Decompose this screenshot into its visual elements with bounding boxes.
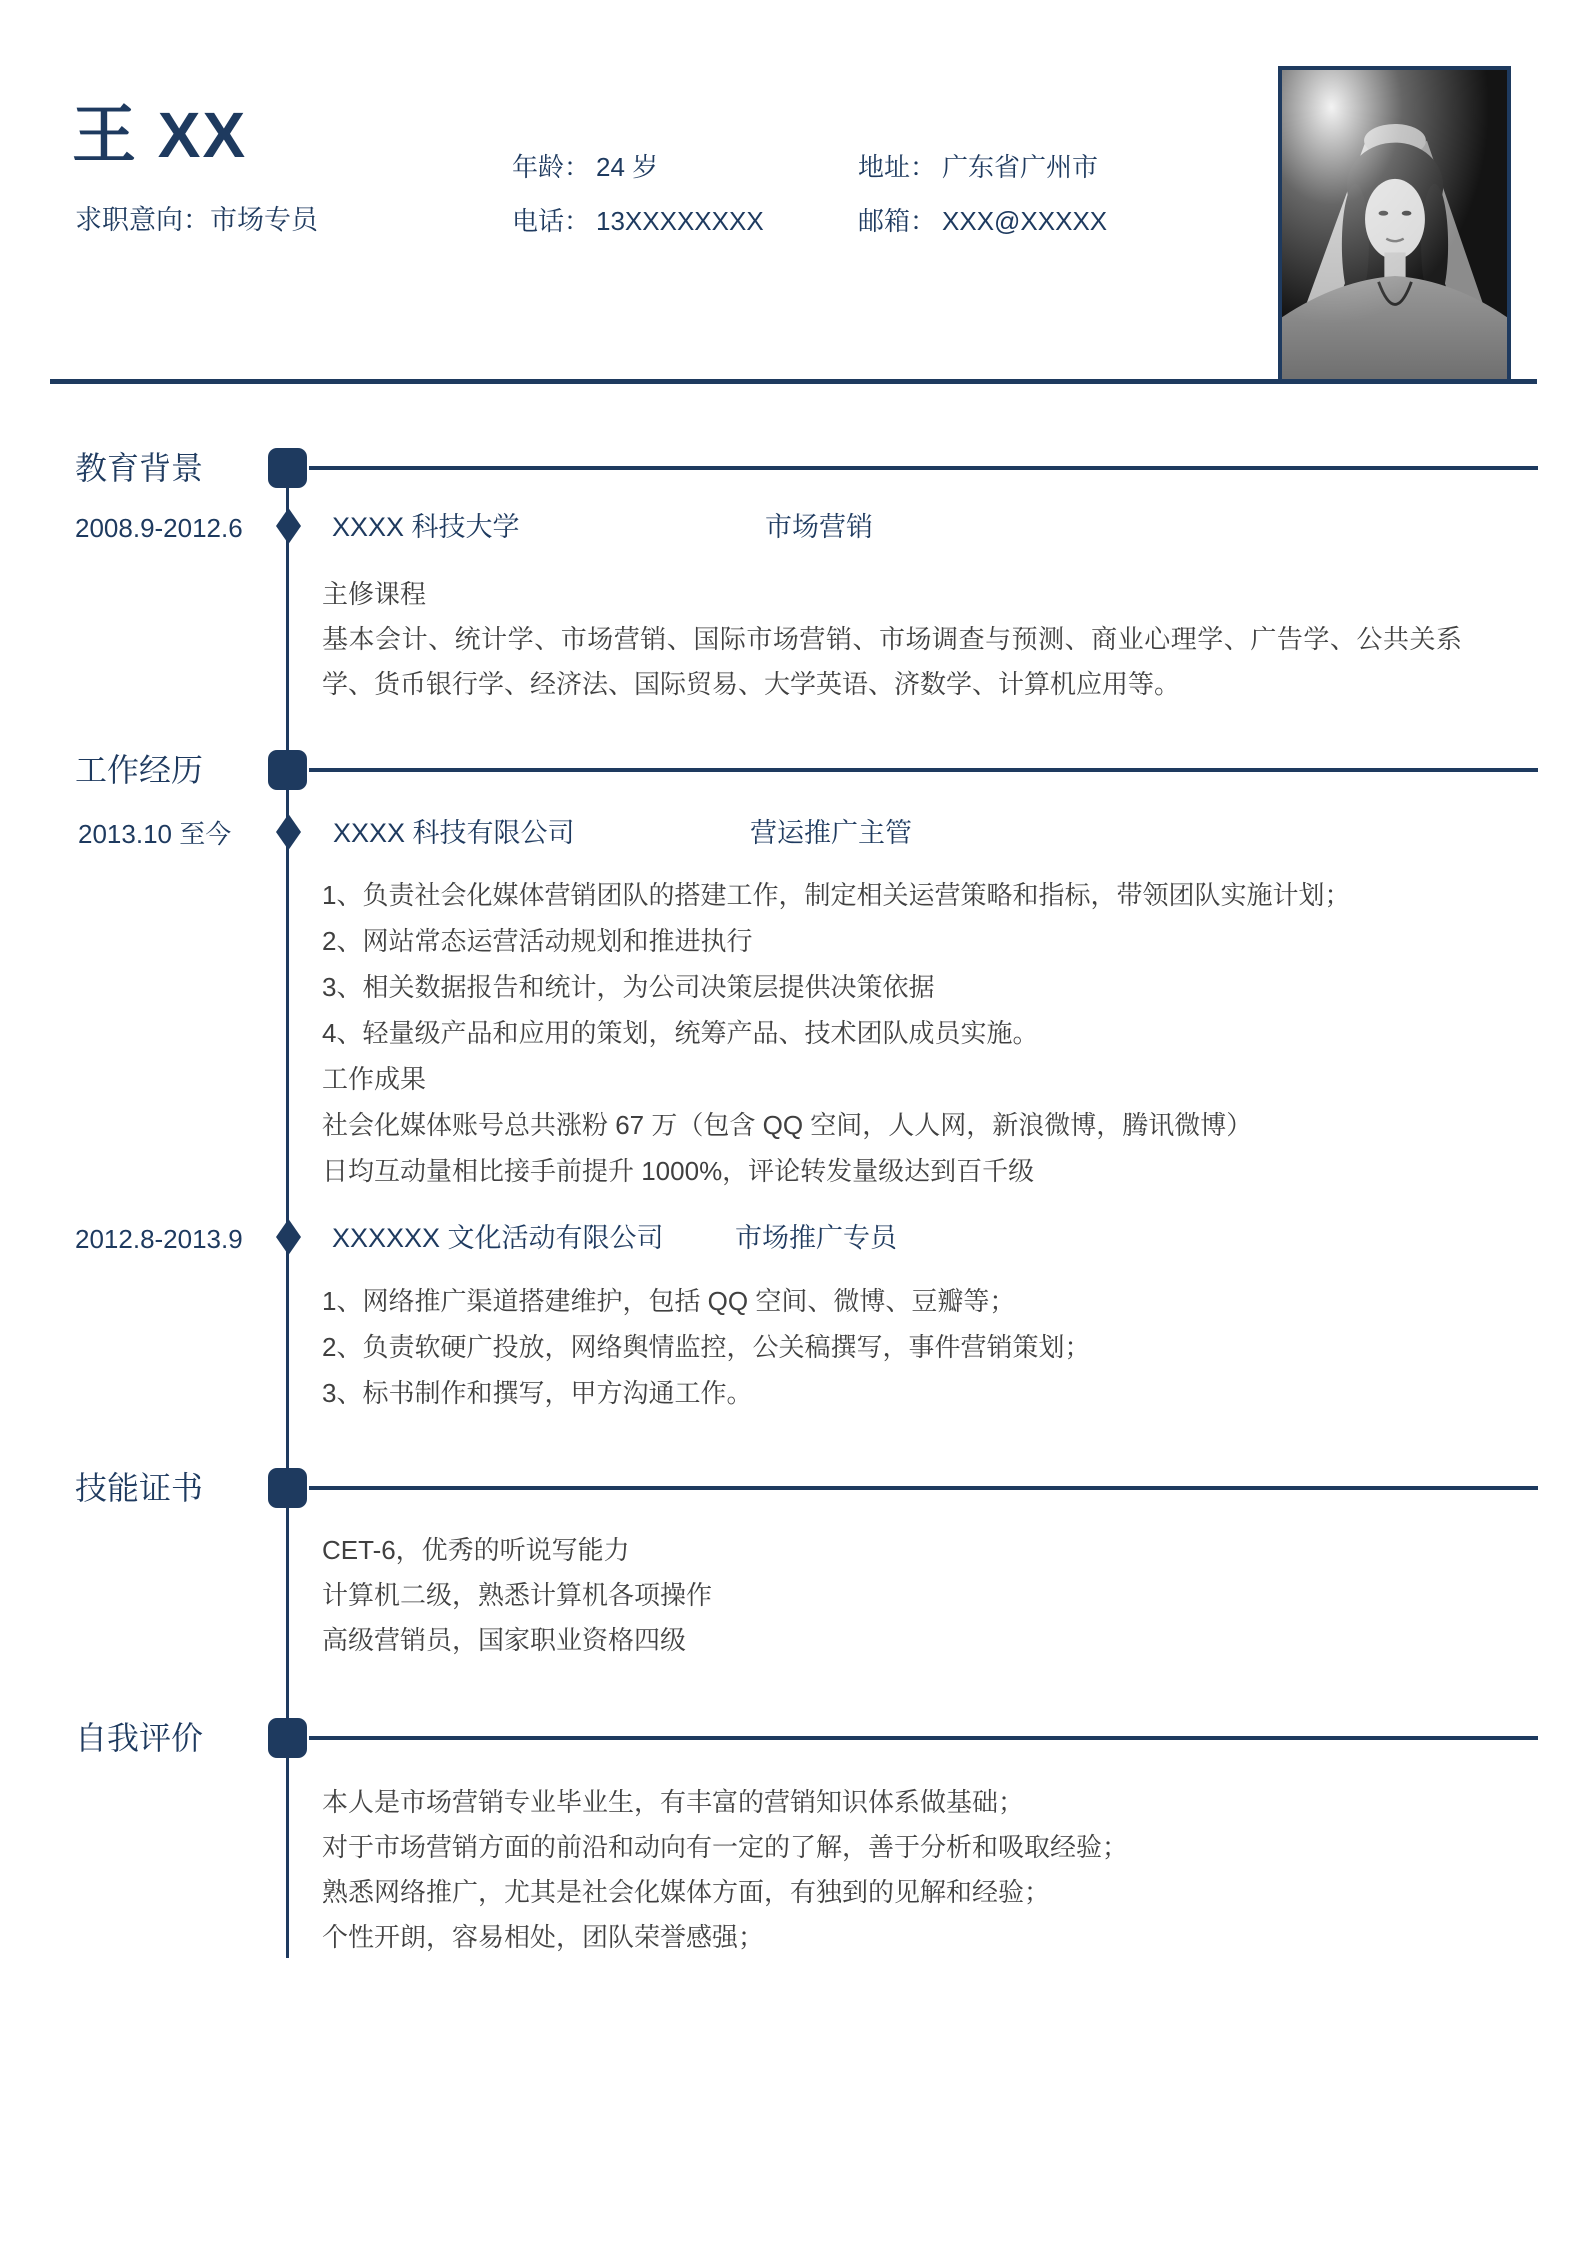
work-entry-position: 市场推广专员 [735,1217,897,1259]
self-evaluation-details: 本人是市场营销专业毕业生，有丰富的营销知识体系做基础； 对于市场营销方面的前沿和… [322,1780,1547,1960]
email-label: 邮箱： [858,206,936,236]
work-entry-date: 2013.10 至今 [78,814,231,854]
timeline-square-marker-skills [268,1468,307,1508]
education-entry-school: XXXX 科技大学 [332,506,520,548]
job-intent-value: 市场专员 [210,205,318,235]
work-detail-line: 3、标书制作和撰写，甲方沟通工作。 [322,1370,1547,1416]
work-detail-line: 2、负责软硬广投放，网络舆情监控，公关稿撰写，事件营销策划； [322,1324,1547,1370]
timeline-square-marker-self-evaluation [268,1718,307,1758]
section-rule-education [309,466,1538,470]
phone-label: 电话： [512,206,590,236]
work-detail-line: 工作成果 [322,1056,1547,1102]
skills-line: 高级营销员，国家职业资格四级 [322,1618,1547,1663]
self-evaluation-line: 本人是市场营销专业毕业生，有丰富的营销知识体系做基础； [322,1780,1547,1825]
work-entry-company: XXXX 科技有限公司 [333,812,575,854]
phone-value: 13XXXXXXXX [596,206,764,236]
work-detail-line: 3、相关数据报告和统计，为公司决策层提供决策依据 [322,964,1547,1010]
skills-line: CET-6，优秀的听说写能力 [322,1528,1547,1573]
work-detail-line: 1、网络推广渠道搭建维护，包括 QQ 空间、微博、豆瓣等； [322,1278,1547,1324]
profile-photo [1278,66,1511,384]
work-detail-line: 1、负责社会化媒体营销团队的搭建工作，制定相关运营策略和指标，带领团队实施计划； [322,872,1547,918]
work-detail-line: 日均互动量相比接手前提升 1000%，评论转发量级达到百千级 [322,1148,1547,1194]
section-rule-skills [309,1486,1538,1490]
address-value: 广东省广州市 [942,152,1098,182]
section-rule-work [309,768,1538,772]
education-detail-line: 主修课程 [322,572,1462,617]
timeline-diamond-marker-work-2 [276,1219,301,1255]
contact-phone: 电话：13XXXXXXXX [512,201,764,238]
contact-email: 邮箱：XXX@XXXXX [858,201,1107,238]
education-detail-line: 基本会计、统计学、市场营销、国际市场营销、市场调查与预测、商业心理学、广告学、公… [322,617,1462,707]
work-entry-company: XXXXXX 文化活动有限公司 [332,1217,664,1259]
self-evaluation-line: 对于市场营销方面的前沿和动向有一定的了解，善于分析和吸取经验； [322,1825,1547,1870]
work-entry-position: 营运推广主管 [750,812,912,854]
contact-address: 地址：广东省广州市 [858,147,1098,184]
address-label: 地址： [858,152,936,182]
timeline-square-marker-work [268,750,307,790]
work-detail-line: 2、网站常态运营活动规划和推进执行 [322,918,1547,964]
education-details: 主修课程 基本会计、统计学、市场营销、国际市场营销、市场调查与预测、商业心理学、… [322,572,1462,707]
section-title-skills: 技能证书 [75,1466,203,1510]
work-details-1: 1、负责社会化媒体营销团队的搭建工作，制定相关运营策略和指标，带领团队实施计划；… [322,872,1547,1194]
work-detail-line: 4、轻量级产品和应用的策划，统筹产品、技术团队成员实施。 [322,1010,1547,1056]
work-details-2: 1、网络推广渠道搭建维护，包括 QQ 空间、微博、豆瓣等； 2、负责软硬广投放，… [322,1278,1547,1416]
section-title-self-evaluation: 自我评价 [75,1716,203,1760]
skills-details: CET-6，优秀的听说写能力 计算机二级，熟悉计算机各项操作 高级营销员，国家职… [322,1528,1547,1663]
education-entry-major: 市场营销 [765,506,873,548]
section-title-work: 工作经历 [75,748,203,792]
section-title-education: 教育背景 [75,446,203,490]
age-value: 24 岁 [596,152,658,182]
timeline-diamond-marker-work-1 [276,814,301,850]
age-label: 年龄： [512,152,590,182]
work-detail-line: 社会化媒体账号总共涨粉 67 万（包含 QQ 空间，人人网，新浪微博，腾讯微博） [322,1102,1547,1148]
work-entry-date: 2012.8-2013.9 [75,1219,243,1259]
contact-age: 年龄：24 岁 [512,147,658,184]
job-intent-label: 求职意向： [75,205,210,235]
education-entry-date: 2008.9-2012.6 [75,508,243,548]
timeline-diamond-marker-education [276,508,301,544]
self-evaluation-line: 个性开朗，容易相处，团队荣誉感强； [322,1915,1547,1960]
timeline-square-marker-education [268,448,307,488]
resume-page: 王 XX 求职意向：市场专员 年龄：24 岁 电话：13XXXXXXXX 地址：… [0,0,1587,2245]
job-intent: 求职意向：市场专员 [75,198,318,237]
profile-photo-image [1282,70,1507,380]
header-divider [50,379,1537,384]
self-evaluation-line: 熟悉网络推广，尤其是社会化媒体方面，有独到的见解和经验； [322,1870,1547,1915]
email-value: XXX@XXXXX [942,206,1107,236]
skills-line: 计算机二级，熟悉计算机各项操作 [322,1573,1547,1618]
candidate-name: 王 XX [72,84,247,176]
section-rule-self-evaluation [309,1736,1538,1740]
